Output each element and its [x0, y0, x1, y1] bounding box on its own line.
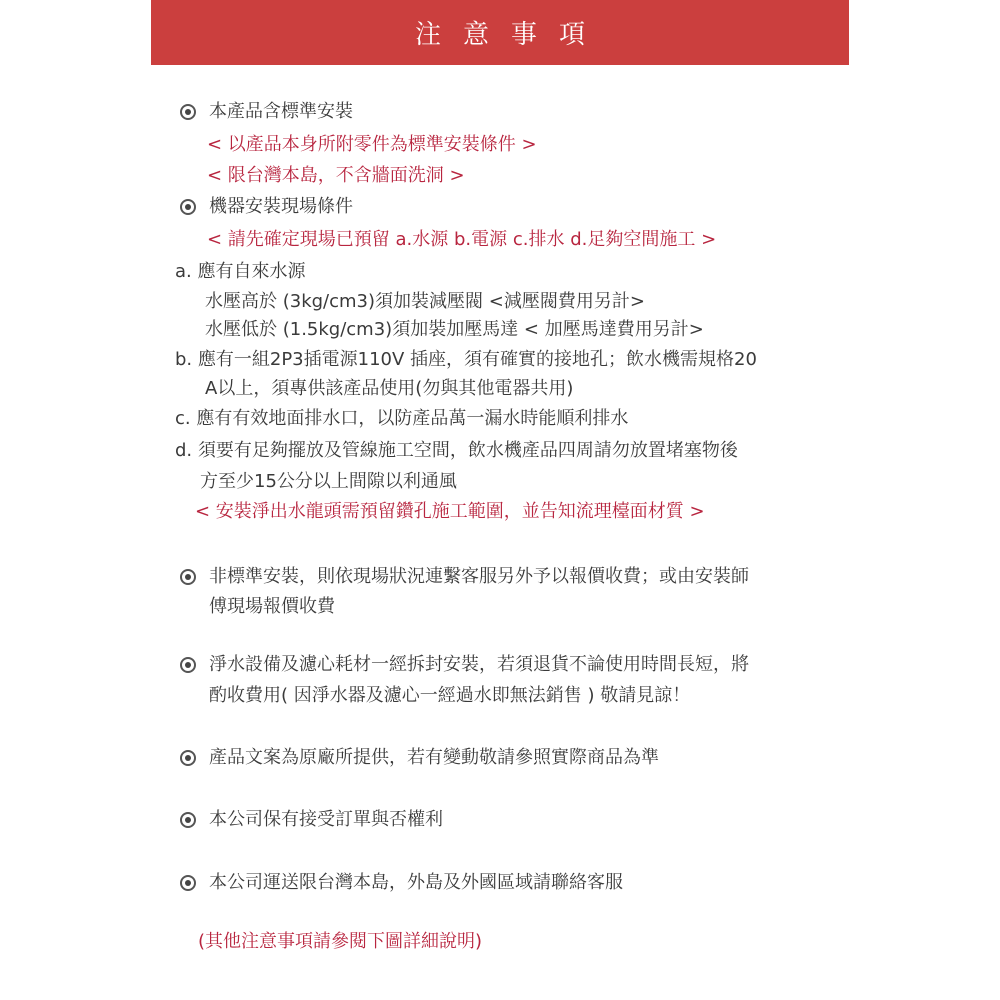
page-title: 注意事項 — [393, 14, 607, 51]
notice-line: 方至少15公分以上間隙以利通風 — [200, 470, 457, 494]
notice-line: d. 須要有足夠擺放及管線施工空間，飲水機產品四周請勿放置堵塞物後 — [175, 439, 738, 463]
notice-line: 本產品含標準安裝 — [209, 100, 353, 124]
highlight-note: < 限台灣本島，不含牆面洗洞 > — [207, 164, 465, 188]
notice-line: a. 應有自來水源 — [175, 260, 305, 284]
radio-bullet-icon — [180, 104, 196, 120]
radio-bullet-icon — [180, 199, 196, 215]
radio-bullet-icon — [180, 812, 196, 828]
radio-bullet-icon — [180, 657, 196, 673]
highlight-note: < 請先確定現場已預留 a.水源 b.電源 c.排水 d.足夠空間施工 > — [207, 228, 716, 252]
notice-line: 傅現場報價收費 — [209, 595, 335, 619]
highlight-note: < 安裝淨出水龍頭需預留鑽孔施工範圍，並告知流理檯面材質 > — [195, 500, 705, 524]
notice-line: 機器安裝現場條件 — [209, 195, 353, 219]
notice-line: 非標準安裝，則依現場狀況連繫客服另外予以報價收費；或由安裝師 — [209, 565, 749, 589]
notice-line: c. 應有有效地面排水口，以防產品萬一漏水時能順利排水 — [175, 407, 628, 431]
notice-line: 酌收費用( 因淨水器及濾心一經過水即無法銷售 ) 敬請見諒！ — [209, 684, 690, 708]
notice-line: 水壓低於 (1.5kg/cm3)須加裝加壓馬達 < 加壓馬達費用另計> — [205, 318, 704, 342]
notice-line: 水壓高於 (3kg/cm3)須加裝減壓閥 <減壓閥費用另計> — [205, 290, 645, 314]
radio-bullet-icon — [180, 569, 196, 585]
radio-bullet-icon — [180, 750, 196, 766]
notice-line: 產品文案為原廠所提供，若有變動敬請參照實際商品為準 — [209, 746, 659, 770]
notice-line: 本公司運送限台灣本島，外島及外國區域請聯絡客服 — [209, 871, 623, 895]
highlight-note: < 以產品本身所附零件為標準安裝條件 > — [207, 133, 537, 157]
radio-bullet-icon — [180, 875, 196, 891]
highlight-note: (其他注意事項請參閱下圖詳細說明) — [198, 930, 482, 954]
notice-header: 注意事項 — [151, 0, 849, 65]
notice-line: A以上，須專供該產品使用(勿與其他電器共用) — [205, 377, 573, 401]
notice-line: b. 應有一組2P3插電源110V 插座，須有確實的接地孔；飲水機需規格20 — [175, 348, 757, 372]
notice-line: 本公司保有接受訂單與否權利 — [209, 808, 443, 832]
notice-line: 淨水設備及濾心耗材一經拆封安裝，若須退貨不論使用時間長短，將 — [209, 653, 749, 677]
